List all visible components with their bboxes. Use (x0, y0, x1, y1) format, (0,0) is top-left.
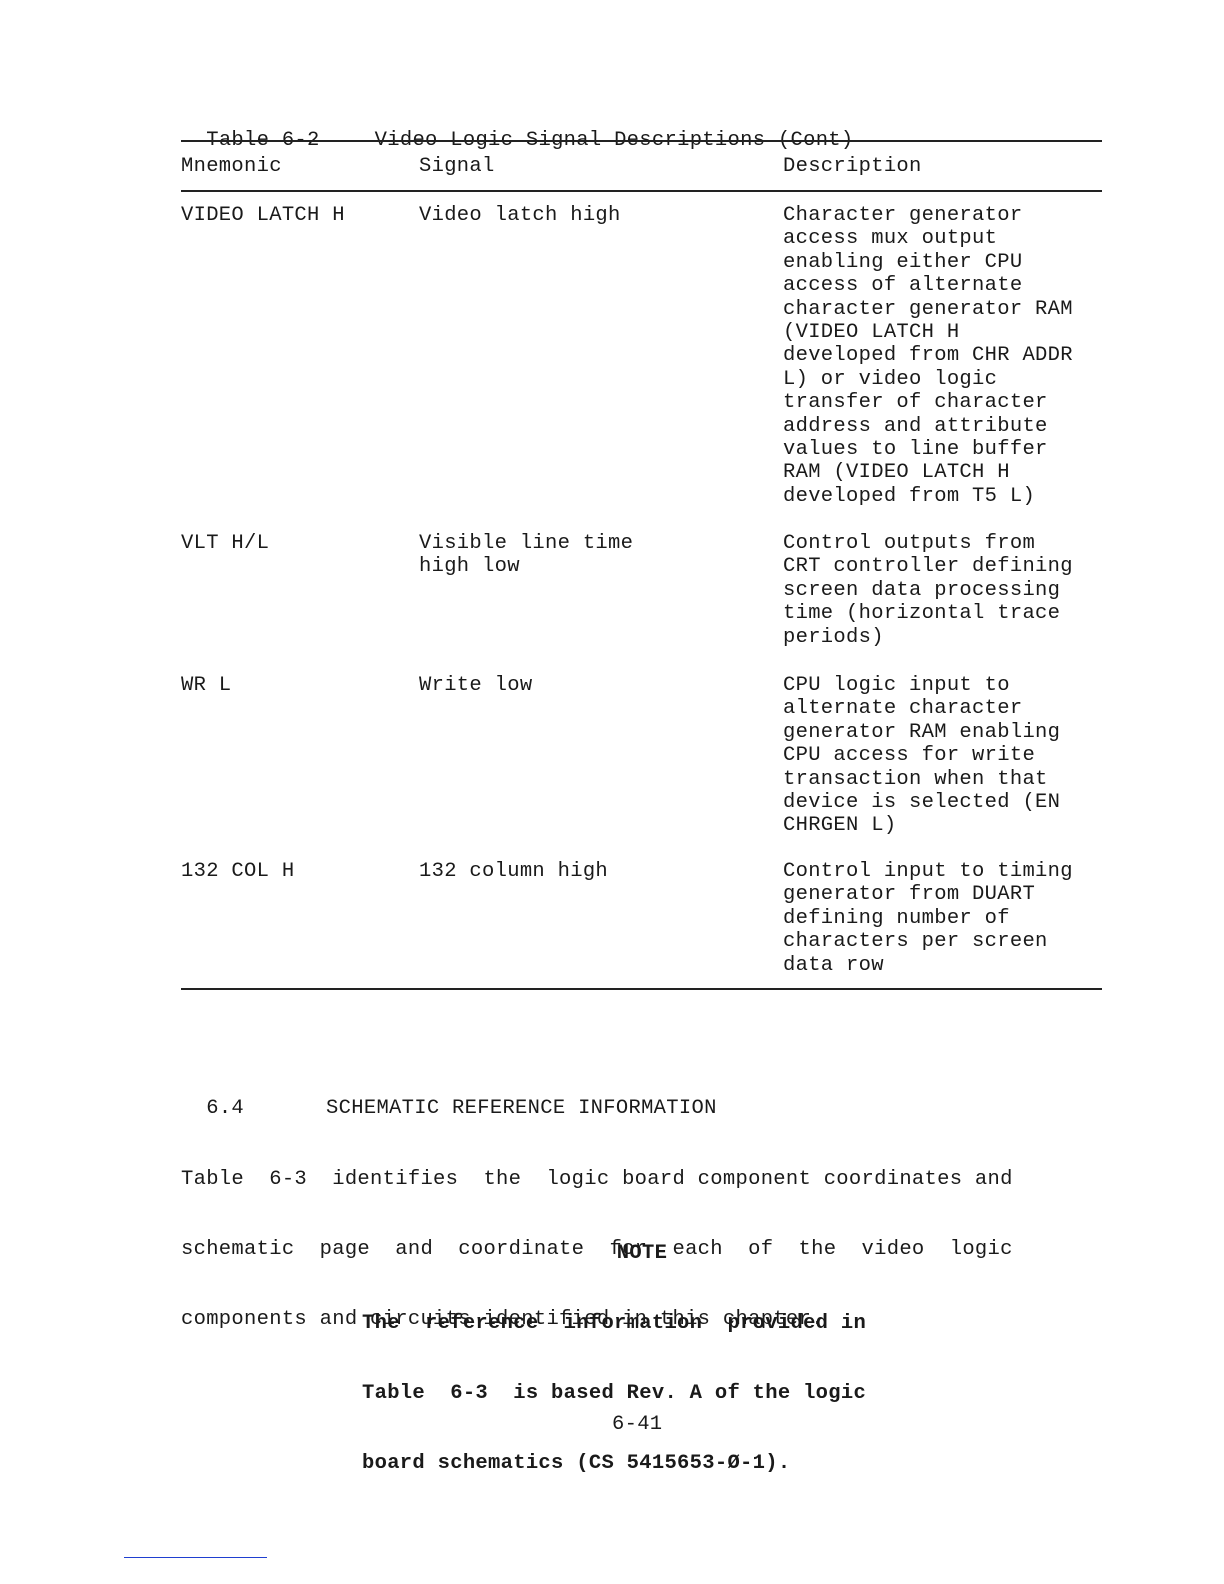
description-line: developed from T5 L) (783, 485, 1073, 508)
description-line: generator from DUART (783, 883, 1073, 906)
description-line: transfer of character (783, 391, 1073, 414)
cell-mnemonic: VLT H/L (181, 532, 269, 555)
description-line: character generator RAM (783, 298, 1073, 321)
description-line: access of alternate (783, 274, 1073, 297)
cell-signal: 132 column high (419, 860, 608, 883)
signal-line: Video latch high (419, 204, 621, 227)
section-number: 6.4 (206, 1097, 244, 1120)
footer-link-underline[interactable] (124, 1557, 267, 1558)
note-body: The reference information provided in Ta… (362, 1265, 866, 1499)
description-line: Control input to timing (783, 860, 1073, 883)
signal-line: Visible line time (419, 532, 633, 555)
cell-description: Control outputs fromCRT controller defin… (783, 532, 1073, 649)
page-number: 6-41 (612, 1413, 662, 1436)
cell-description: Control input to timinggenerator from DU… (783, 860, 1073, 977)
section-heading: 6.4SCHEMATIC REFERENCE INFORMATION (181, 1074, 717, 1121)
description-line: transaction when that (783, 768, 1060, 791)
cell-description: CPU logic input toalternate charactergen… (783, 674, 1060, 838)
description-line: characters per screen (783, 930, 1073, 953)
description-line: RAM (VIDEO LATCH H (783, 461, 1073, 484)
header-mnemonic: Mnemonic (181, 155, 282, 178)
description-line: alternate character (783, 697, 1060, 720)
description-line: access mux output (783, 227, 1073, 250)
description-line: Control outputs from (783, 532, 1073, 555)
cell-signal: Video latch high (419, 204, 621, 227)
description-line: CPU logic input to (783, 674, 1060, 697)
description-line: CHRGEN L) (783, 814, 1060, 837)
table-caption: Table 6-2Video Logic Signal Descriptions… (181, 106, 854, 153)
cell-mnemonic: WR L (181, 674, 231, 697)
table-header-rule (181, 190, 1102, 192)
note-line: board schematics (CS 5415653-Ø-1). (362, 1452, 866, 1475)
note-line: Table 6-3 is based Rev. A of the logic (362, 1382, 866, 1405)
description-line: values to line buffer (783, 438, 1073, 461)
cell-signal: Write low (419, 674, 532, 697)
section-title: SCHEMATIC REFERENCE INFORMATION (326, 1097, 717, 1120)
description-line: screen data processing (783, 579, 1073, 602)
description-line: (VIDEO LATCH H (783, 321, 1073, 344)
description-line: CRT controller defining (783, 555, 1073, 578)
description-line: Character generator (783, 204, 1073, 227)
cell-mnemonic: 132 COL H (181, 860, 294, 883)
cell-description: Character generatoraccess mux outputenab… (783, 204, 1073, 508)
description-line: defining number of (783, 907, 1073, 930)
description-line: L) or video logic (783, 368, 1073, 391)
table-bottom-rule (181, 988, 1102, 990)
note-heading: NOTE (362, 1242, 922, 1265)
cell-signal: Visible line timehigh low (419, 532, 633, 579)
signal-line: Write low (419, 674, 532, 697)
signal-line: high low (419, 555, 633, 578)
cell-mnemonic: VIDEO LATCH H (181, 204, 345, 227)
signal-line: 132 column high (419, 860, 608, 883)
header-description: Description (783, 155, 922, 178)
description-line: periods) (783, 626, 1073, 649)
description-line: data row (783, 954, 1073, 977)
description-line: address and attribute (783, 415, 1073, 438)
table-top-rule (181, 140, 1102, 142)
description-line: device is selected (EN (783, 791, 1060, 814)
paragraph-line: Table 6-3 identifies the logic board com… (181, 1168, 1013, 1191)
header-signal: Signal (419, 155, 495, 178)
description-line: enabling either CPU (783, 251, 1073, 274)
description-line: CPU access for write (783, 744, 1060, 767)
description-line: time (horizontal trace (783, 602, 1073, 625)
description-line: generator RAM enabling (783, 721, 1060, 744)
description-line: developed from CHR ADDR (783, 344, 1073, 367)
note-line: The reference information provided in (362, 1312, 866, 1335)
